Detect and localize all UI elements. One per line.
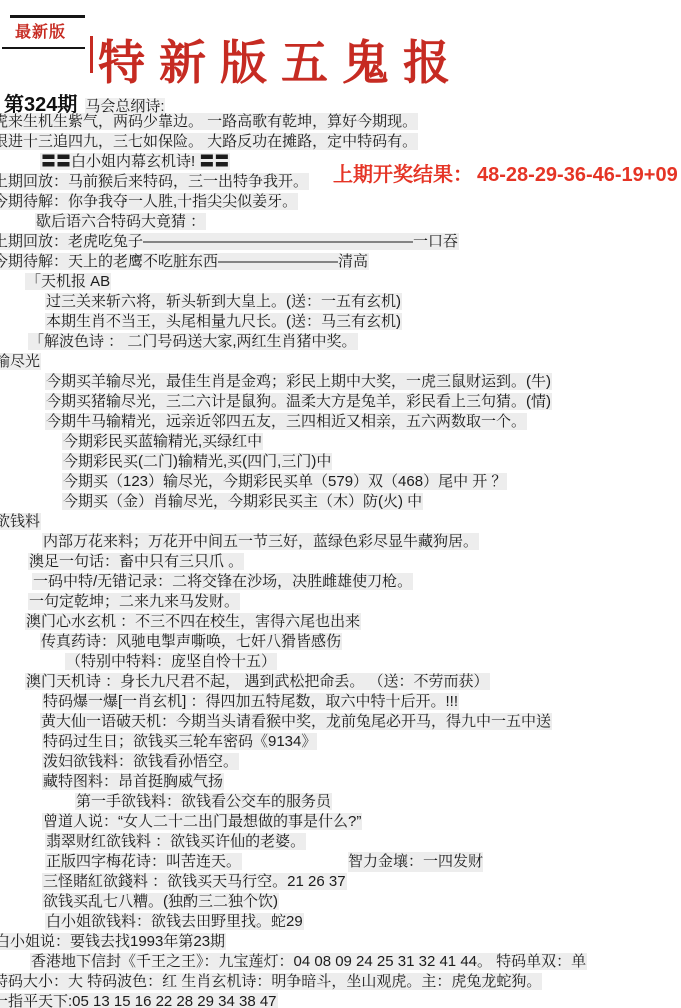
report-line-text: 白小姐说：要钱去找1993年第23期 — [0, 933, 226, 950]
badge-rule-bottom — [2, 47, 85, 49]
report-line-text: 今期待解：你争我夺一人胜,十指尖尖似姜牙。 — [0, 193, 298, 210]
report-line: 澳门天机诗 ：身长九尺君不起， 遇到武松把命丢。 （送：不劳而获） — [0, 672, 681, 692]
report-line-text: 一码中特/无错记录：二将交锋在沙场，决胜雌雄使刀枪。 — [32, 573, 413, 590]
report-line: 一指平天下:05 13 15 16 22 28 29 34 38 47 — [0, 992, 681, 1008]
report-line-text: 黄大仙一语破天机：今期当头请看猴中奖，龙前兔尾必开马，得九中一五中送 — [40, 713, 552, 730]
report-line: 澳门心水玄机 ：不三不四在校生，害得六尾也出来 — [0, 612, 681, 632]
report-line-text: 上期回放：老虎吃兔子——————————————————一口吞 — [0, 233, 459, 250]
report-line-text: 第一手欲钱料：欲钱看公交车的服务员 — [75, 793, 332, 810]
report-line-text: 泼妇欲钱料：欲钱看孙悟空。 — [42, 753, 239, 770]
report-line: 第一手欲钱料：欲钱看公交车的服务员 — [0, 792, 681, 812]
report-line-text: 内部万花来料；万花开中间五一节三好，蓝绿色彩尽显牛藏狗居。 — [42, 533, 479, 550]
report-line-text: 歇后语六合特码大竟猜 ： — [35, 213, 206, 230]
report-line-text: 特码爆一爆[一肖玄机] ：得四加五特尾数，取六中特十后开。!!! — [42, 693, 459, 710]
report-line: 正版四字梅花诗：叫苦连天。智力金壤：一四发财 — [0, 852, 681, 872]
report-line: 今期买（金）肖输尽光，今期彩民买主（木）防(火) 中 — [0, 492, 681, 512]
report-line: 白小姐说：要钱去找1993年第23期 — [0, 932, 681, 952]
report-line: 今期待解：天上的老鹰不吃脏东西————————清高 — [0, 252, 681, 272]
report-line-text: 特码大小：大 特码波色：红 生肖玄机诗：明争暗斗，坐山观虎。主：虎兔龙蛇狗。 — [0, 973, 542, 990]
report-line-text: 今期彩民买蓝输精光,买绿红中 — [62, 433, 263, 450]
report-line-text: 曾道人说：“女人二十二出门最想做的事是什么?” — [42, 813, 362, 830]
report-line-text: 藏特图料：昂首挺胸威气扬 — [42, 773, 224, 790]
report-line: 曾道人说：“女人二十二出门最想做的事是什么?” — [0, 812, 681, 832]
report-line: 今期彩民买(二门)输精光,买(四门,三门)中 — [0, 452, 681, 472]
report-line: 黄大仙一语破天机：今期当头请看猴中奖，龙前兔尾必开马，得九中一五中送 — [0, 712, 681, 732]
report-line-text: 过三关来斩六将，斩头斩到大皇上。(送：一五有玄机) — [45, 293, 402, 310]
report-line: 过三关来斩六将，斩头斩到大皇上。(送：一五有玄机) — [0, 292, 681, 312]
report-line-text: 今期彩民买(二门)输精光,买(四门,三门)中 — [62, 453, 332, 470]
report-line: 澳足一句话：畜中只有三只爪 。 — [0, 552, 681, 572]
report-line: 〓〓白小姐内幕玄机诗! 〓〓 — [0, 152, 681, 172]
report-line-text: 欲钱买乱七八糟。(独酌三二独个饮) — [42, 893, 279, 910]
report-line: 本期生肖不当王，头尾相量九尺长。(送：马三有玄机) — [0, 312, 681, 332]
report-line: 特码过生日；欲钱买三轮车密码《9134》 — [0, 732, 681, 752]
report-line-text: 香港地下信封《千王之王》：九宝莲灯：04 08 09 24 25 31 32 4… — [30, 953, 587, 970]
report-line-text: 白小姐欲钱料：欲钱去田野里找。蛇29 — [45, 913, 304, 930]
report-title: 特新版五鬼报 — [98, 26, 464, 93]
report-line-text: 澳足一句话：畜中只有三只爪 。 — [28, 553, 244, 570]
report-line: 特码大小：大 特码波色：红 生肖玄机诗：明争暗斗，坐山观虎。主：虎兔龙蛇狗。 — [0, 972, 681, 992]
report-line-text: 〓〓白小姐内幕玄机诗! 〓〓 — [40, 153, 230, 170]
five-ghost-report-page: 最新版 特新版五鬼报 第324期马会总纲诗: 上期开奖结果：48-28-29-3… — [0, 0, 681, 1008]
report-line: 今期买（123）输尽光，今期彩民买单（579）双（468）尾中 开 ？ — [0, 472, 681, 492]
report-line: 泼妇欲钱料：欲钱看孙悟空。 — [0, 752, 681, 772]
report-line: （特别中特料：庞坚自怜十五） — [0, 652, 681, 672]
report-line-text: 今期待解：天上的老鹰不吃脏东西————————清高 — [0, 253, 369, 270]
report-line-text: （特别中特料：庞坚自怜十五） — [65, 653, 277, 670]
report-line-text: 输尽光 — [0, 353, 41, 370]
report-line-text: 虎来生机生紫气，两码少靠边。 一路高歌有乾坤，算好今期现。 — [0, 113, 418, 130]
report-line-text: 三怪賭紅欲錢料 ：欲钱买天马行空。21 26 37 — [42, 873, 347, 890]
report-line: 特码爆一爆[一肖玄机] ：得四加五特尾数，取六中特十后开。!!! — [0, 692, 681, 712]
report-line: 虎来生机生紫气，两码少靠边。 一路高歌有乾坤，算好今期现。 — [0, 112, 681, 132]
report-line-text: 「天机报 AB — [25, 273, 111, 290]
report-line: 上期回放：老虎吃兔子——————————————————一口吞 — [0, 232, 681, 252]
report-line: 上期回放：马前猴后来特码，三一出特争我开。 — [0, 172, 681, 192]
report-body: 虎来生机生紫气，两码少靠边。 一路高歌有乾坤，算好今期现。狠进十三追四九，三七如… — [0, 112, 681, 1008]
report-line: 三怪賭紅欲錢料 ：欲钱买天马行空。21 26 37 — [0, 872, 681, 892]
report-line: 一句定乾坤；二来九来马发财。 — [0, 592, 681, 612]
report-line: 今期牛马输精光，远亲近邻四五友，三四相近又相亲，五六两数取一个。 — [0, 412, 681, 432]
report-line: 狠进十三追四九，三七如保险。 大路反功在摊路，定中特码有。 — [0, 132, 681, 152]
report-line: 欲钱料 — [0, 512, 681, 532]
title-left-mark — [90, 36, 93, 73]
report-line: 一码中特/无错记录：二将交锋在沙场，决胜雌雄使刀枪。 — [0, 572, 681, 592]
report-line: 欲钱买乱七八糟。(独酌三二独个饮) — [0, 892, 681, 912]
report-line-text: 「解波色诗 ： 二门号码送大家,两红生肖猪中奖。 — [28, 333, 358, 350]
report-line: 内部万花来料；万花开中间五一节三好，蓝绿色彩尽显牛藏狗居。 — [0, 532, 681, 552]
report-line: 输尽光 — [0, 352, 681, 372]
report-line-text: 传真药诗：风驰电掣声嘶唤，七奸八猾皆感伤 — [40, 633, 342, 650]
report-line: 传真药诗：风驰电掣声嘶唤，七奸八猾皆感伤 — [0, 632, 681, 652]
report-line-text: 今期买羊输尽光，最佳生肖是金鸡；彩民上期中大奖，一虎三鼠财运到。(牛) — [45, 373, 552, 390]
report-line-text: 一句定乾坤；二来九来马发财。 — [28, 593, 240, 610]
report-line-text: 澳门天机诗 ：身长九尺君不起， 遇到武松把命丢。 （送：不劳而获） — [25, 673, 490, 690]
report-line: 今期买猪输尽光，三二六计是鼠狗。温柔大方是兔羊，彩民看上三句猜。(情) — [0, 392, 681, 412]
report-line: 香港地下信封《千王之王》：九宝莲灯：04 08 09 24 25 31 32 4… — [0, 952, 681, 972]
report-line-text: 今期买（金）肖输尽光，今期彩民买主（木）防(火) 中 — [62, 493, 423, 510]
report-line: 今期彩民买蓝输精光,买绿红中 — [0, 432, 681, 452]
report-line: 今期买羊输尽光，最佳生肖是金鸡；彩民上期中大奖，一虎三鼠财运到。(牛) — [0, 372, 681, 392]
report-line-text: 今期牛马输精光，远亲近邻四五友，三四相近又相亲，五六两数取一个。 — [45, 413, 527, 430]
report-line-text: 今期买（123）输尽光，今期彩民买单（579）双（468）尾中 开 ？ — [62, 473, 507, 490]
edition-badge: 最新版 — [15, 19, 66, 42]
report-line-text: 特码过生日；欲钱买三轮车密码《9134》 — [42, 733, 317, 750]
report-line-text: 本期生肖不当王，头尾相量九尺长。(送：马三有玄机) — [45, 313, 402, 330]
report-line-right-note: 智力金壤：一四发财 — [348, 852, 483, 872]
report-line: 今期待解：你争我夺一人胜,十指尖尖似姜牙。 — [0, 192, 681, 212]
report-line-text: 一指平天下:05 13 15 16 22 28 29 34 38 47 — [0, 993, 278, 1008]
report-line: 翡翠财红欲钱料 ：欲钱买许仙的老婆。 — [0, 832, 681, 852]
report-line-text: 欲钱料 — [0, 513, 41, 530]
report-line-text: 狠进十三追四九，三七如保险。 大路反功在摊路，定中特码有。 — [0, 133, 418, 150]
report-line: 藏特图料：昂首挺胸威气扬 — [0, 772, 681, 792]
report-line: 「解波色诗 ： 二门号码送大家,两红生肖猪中奖。 — [0, 332, 681, 352]
report-line-text: 澳门心水玄机 ：不三不四在校生，害得六尾也出来 — [25, 613, 361, 630]
report-line-text: 今期买猪输尽光，三二六计是鼠狗。温柔大方是兔羊，彩民看上三句猜。(情) — [45, 393, 552, 410]
report-line: 「天机报 AB — [0, 272, 681, 292]
report-line-text: 正版四字梅花诗：叫苦连天。 — [45, 853, 242, 870]
report-line-text: 翡翠财红欲钱料 ：欲钱买许仙的老婆。 — [45, 833, 306, 850]
report-line: 歇后语六合特码大竟猜 ： — [0, 212, 681, 232]
report-line-text: 上期回放：马前猴后来特码，三一出特争我开。 — [0, 173, 309, 190]
badge-rule-top — [10, 15, 85, 18]
report-line: 白小姐欲钱料：欲钱去田野里找。蛇29 — [0, 912, 681, 932]
